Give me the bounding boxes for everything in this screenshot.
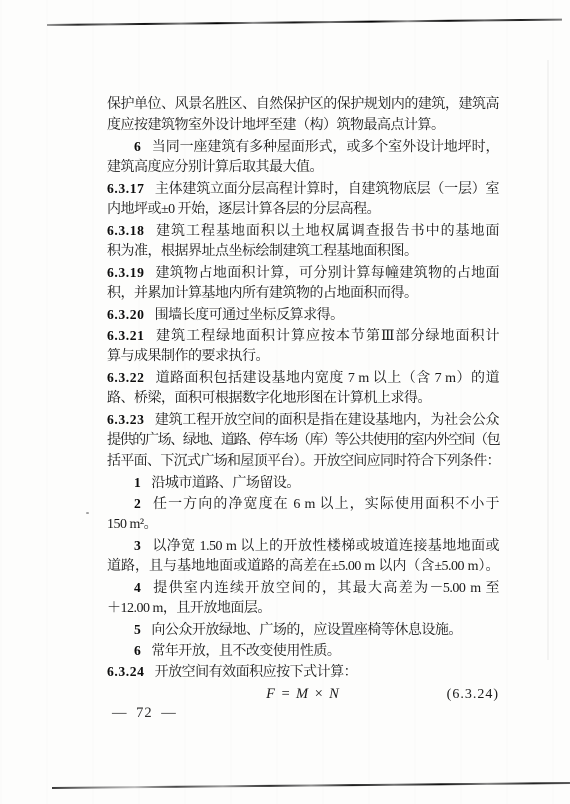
clause-line: 6.3.22道路面积包括建设基地内宽度 7 m 以上（含 7 m）的道 [107,367,499,388]
item-number: 1 [134,475,141,490]
line-text: 建筑高度应分别计算后取其最大值。 [107,160,323,175]
item-number: 5 [134,622,141,637]
line-text: 保护单位、风景名胜区、自然保护区的保护规划内的建筑，建筑高 [107,97,499,112]
formula-equation-number: (6.3.24) [447,684,499,705]
text-line: 道路，且与基地地面或道路的高差在±5.00 m 以内（含±5.00 m）。 [107,556,499,577]
scan-band-artifact [547,60,549,660]
scan-edge-artifact-bottom [52,782,570,789]
line-text: 常年开放，且不改变使用性质。 [151,644,340,659]
item-number: 4 [134,580,141,595]
list-item-line: 5向公众开放绿地、广场的，应设置座椅等休息设施。 [107,619,499,640]
document-text-block: 保护单位、风景名胜区、自然保护区的保护规划内的建筑，建筑高 度应按建筑物室外设计… [107,94,499,705]
text-line: 150 m²。 [107,514,499,535]
formula-row: F = M × N (6.3.24) [107,684,499,705]
item-number: 2 [134,496,141,511]
clause-line: 6.3.17主体建筑立面分层高程计算时，自建筑物底层（一层）室 [107,178,499,199]
line-text: 提供的广场、绿地、道路、停车场（库）等公共使用的室内外空间（包 [107,433,499,448]
line-text: 度应按建筑物室外设计地坪至建（构）筑物最高点计算。 [107,118,445,133]
section-number: 6.3.23 [107,412,145,427]
line-text: 沿城市道路、广场留设。 [151,476,300,491]
line-text: 围墙长度可通过坐标反算求得。 [155,308,344,323]
item-number: 6 [134,139,141,154]
clause-line: 6.3.18建筑工程基地面积以土地权属调查报告书中的基地面 [107,220,499,241]
section-number: 6.3.21 [107,328,145,343]
line-text: 积为准，根据界址点坐标绘制建筑工程基地面积图。 [107,244,418,259]
list-item-line: 6常年开放，且不改变使用性质。 [107,640,499,661]
item-number: 3 [134,538,141,553]
line-text: 当同一座建筑有多种屋面形式，或多个室外设计地坪时， [151,140,499,155]
line-text: 开放空间有效面积应按下式计算： [155,665,358,680]
text-line: 内地坪或±0 开始，逐层计算各层的分层高程。 [107,199,499,220]
line-text: 建筑工程绿地面积计算应按本节第Ⅲ部分绿地面积计 [155,329,499,344]
scanned-document-page: 保护单位、风景名胜区、自然保护区的保护规划内的建筑，建筑高 度应按建筑物室外设计… [0,0,570,804]
line-text: 任一方向的净宽度在 6 m 以上，实际使用面积不小于 [151,497,499,512]
text-line: 算与成果制作的要求执行。 [107,346,499,367]
list-item-line: 1沿城市道路、广场留设。 [107,472,499,493]
page-number: — 72 — [112,705,177,722]
line-text: 路、桥梁，面积可根据数字化地形图在计算机上求得。 [107,391,431,406]
text-line: 括平面、下沉式广场和屋顶平台）。开放空间应同时符合下列条件： [107,451,499,472]
text-line: 建筑高度应分别计算后取其最大值。 [107,157,499,178]
list-item-line: 3以净宽 1.50 m 以上的开放性楼梯或坡道连接基地地面或 [107,535,499,556]
text-line: 积为准，根据界址点坐标绘制建筑工程基地面积图。 [107,241,499,262]
scan-edge-artifact-top [47,19,562,26]
clause-line: 6.3.19建筑物占地面积计算，可分别计算每幢建筑物的占地面 [107,262,499,283]
line-text: 括平面、下沉式广场和屋顶平台）。开放空间应同时符合下列条件： [107,454,499,469]
line-text: 建筑物占地面积计算，可分别计算每幢建筑物的占地面 [155,266,499,281]
line-text: 内地坪或±0 开始，逐层计算各层的分层高程。 [107,202,380,217]
section-number: 6.3.24 [107,664,145,679]
line-text: 以净宽 1.50 m 以上的开放性楼梯或坡道连接基地地面或 [151,539,499,554]
section-number: 6.3.17 [107,181,145,196]
section-number: 6.3.18 [107,223,145,238]
text-line: 度应按建筑物室外设计地坪至建（构）筑物最高点计算。 [107,115,499,136]
line-text: 积，并累加计算基地内所有建筑物的占地面积而得。 [107,286,418,301]
section-number: 6.3.20 [107,307,145,322]
text-line: ＋12.00 m，且开放地面层。 [107,598,499,619]
text-line: 提供的广场、绿地、道路、停车场（库）等公共使用的室内外空间（包 [107,430,499,451]
section-number: 6.3.22 [107,370,145,385]
line-text: 算与成果制作的要求执行。 [107,349,269,364]
line-text: 向公众开放绿地、广场的，应设置座椅等休息设施。 [151,623,462,638]
clause-line: 6.3.21建筑工程绿地面积计算应按本节第Ⅲ部分绿地面积计 [107,325,499,346]
line-text: 主体建筑立面分层高程计算时，自建筑物底层（一层）室 [155,182,499,197]
line-text: 建筑工程基地面积以土地权属调查报告书中的基地面 [155,224,499,239]
text-line: 保护单位、风景名胜区、自然保护区的保护规划内的建筑，建筑高 [107,94,499,115]
clause-line: 6.3.23建筑工程开放空间的面积是指在建设基地内，为社会公众 [107,409,499,430]
line-text: 提供室内连续开放空间的，其最大高差为－5.00 m 至 [151,581,499,596]
line-text: 建筑工程开放空间的面积是指在建设基地内，为社会公众 [155,413,499,428]
text-line: 路、桥梁，面积可根据数字化地形图在计算机上求得。 [107,388,499,409]
line-text: 道路，且与基地地面或道路的高差在±5.00 m 以内（含±5.00 m）。 [107,559,499,574]
section-number: 6.3.19 [107,265,145,280]
text-line: 积，并累加计算基地内所有建筑物的占地面积而得。 [107,283,499,304]
clause-line: 6.3.24开放空间有效面积应按下式计算： [107,661,499,682]
scan-speck-artifact [86,512,89,514]
line-text: 150 m²。 [107,517,157,532]
clause-line: 6.3.20围墙长度可通过坐标反算求得。 [107,304,499,325]
list-item-line: 2任一方向的净宽度在 6 m 以上，实际使用面积不小于 [107,493,499,514]
line-text: ＋12.00 m，且开放地面层。 [107,601,271,616]
list-item-line: 4提供室内连续开放空间的，其最大高差为－5.00 m 至 [107,577,499,598]
list-item-line: 6当同一座建筑有多种屋面形式，或多个室外设计地坪时， [107,136,499,157]
formula-expression: F = M × N [266,684,340,705]
line-text: 道路面积包括建设基地内宽度 7 m 以上（含 7 m）的道 [155,371,499,386]
item-number: 6 [134,643,141,658]
